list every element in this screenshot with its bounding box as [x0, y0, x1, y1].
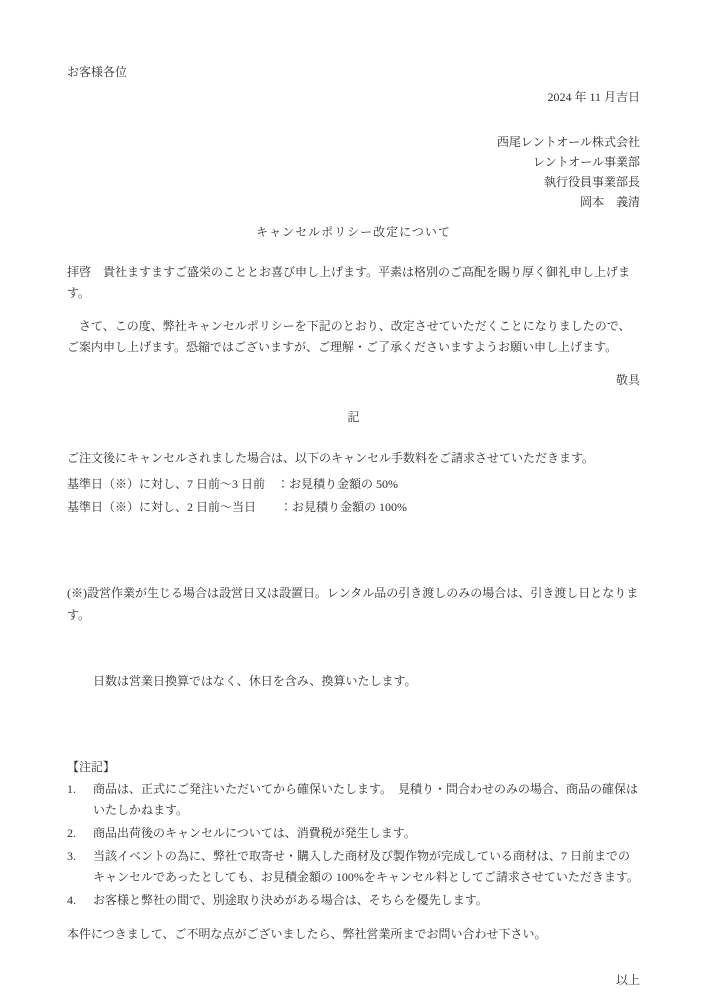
closing-word: 敬具 — [67, 370, 640, 391]
list-item: 1. 商品は、正式にご発注いただいてから確保いたします。 見積り・問合わせのみの… — [67, 779, 640, 821]
list-item-number: 4. — [67, 890, 93, 911]
list-item-number: 2. — [67, 823, 93, 844]
fee-line: 基準日（※）に対し、2 日前～当日 ：お見積り金額の 100% — [67, 496, 640, 519]
sender-block: 西尾レントオール株式会社 レントオール事業部 執行役員事業部長 岡本 義清 — [67, 132, 640, 212]
list-item-number: 1. — [67, 779, 93, 821]
list-item-number: 3. — [67, 846, 93, 888]
fee-line: 基準日（※）に対し、7 日前～3 日前 ：お見積り金額の 50% — [67, 473, 640, 496]
base-date-note: (※)設営作業が生じる場合は設営日又は設置日。レンタル品の引き渡しのみの場合は、… — [67, 538, 640, 736]
base-date-note-line2: 日数は営業日換算ではなく、休日を含み、換算いたします。 — [67, 670, 640, 692]
list-item-text: 商品は、正式にご発注いただいてから確保いたします。 見積り・問合わせのみの場合、… — [93, 779, 640, 821]
contact-paragraph: 本件につきまして、ご不明な点がございましたら、弊社営業所までお問い合わせ下さい。 — [67, 924, 640, 945]
end-marker: 以上 — [67, 970, 640, 991]
salutation: お客様各位 — [67, 64, 640, 80]
letter-page: お客様各位 2024 年 11 月吉日 西尾レントオール株式会社 レントオール事… — [0, 0, 707, 1000]
body-paragraph: さて、この度、弊社キャンセルポリシーを下記のとおり、改定させていただくことになり… — [67, 316, 640, 358]
list-item: 2. 商品出荷後のキャンセルについては、消費税が発生します。 — [67, 823, 640, 844]
document-date: 2024 年 11 月吉日 — [67, 89, 640, 105]
list-item-text: お客様と弊社の間で、別途取り決めがある場合は、そちらを優先します。 — [93, 890, 640, 911]
notes-list: 1. 商品は、正式にご発注いただいてから確保いたします。 見積り・問合わせのみの… — [67, 779, 640, 911]
sender-company: 西尾レントオール株式会社 — [67, 132, 640, 152]
list-item: 4. お客様と弊社の間で、別途取り決めがある場合は、そちらを優先します。 — [67, 890, 640, 911]
cancellation-intro: ご注文後にキャンセルされました場合は、以下のキャンセル手数料をご請求させていただ… — [67, 448, 640, 469]
base-date-note-line1: (※)設営作業が生じる場合は設営日又は設置日。レンタル品の引き渡しのみの場合は、… — [67, 582, 640, 626]
list-item-text: 商品出荷後のキャンセルについては、消費税が発生します。 — [93, 823, 640, 844]
cancellation-fee-lines: 基準日（※）に対し、7 日前～3 日前 ：お見積り金額の 50% 基準日（※）に… — [67, 473, 640, 519]
sender-department: レントオール事業部 — [67, 152, 640, 172]
list-item: 3. 当該イベントの為に、弊社で取寄せ・購入した商材及び製作物が完成している商材… — [67, 846, 640, 888]
page-title: キャンセルポリシー改定について — [67, 223, 640, 241]
sender-name: 岡本 義清 — [67, 192, 640, 212]
list-item-text: 当該イベントの為に、弊社で取寄せ・購入した商材及び製作物が完成している商材は、7… — [93, 846, 640, 888]
sender-position: 執行役員事業部長 — [67, 172, 640, 192]
notes-heading: 【注記】 — [67, 757, 640, 777]
greeting-paragraph: 拝啓 貴社ますますご盛栄のこととお喜び申し上げます。平素は格別のご高配を賜り厚く… — [67, 262, 640, 304]
record-marker: 記 — [67, 407, 640, 428]
